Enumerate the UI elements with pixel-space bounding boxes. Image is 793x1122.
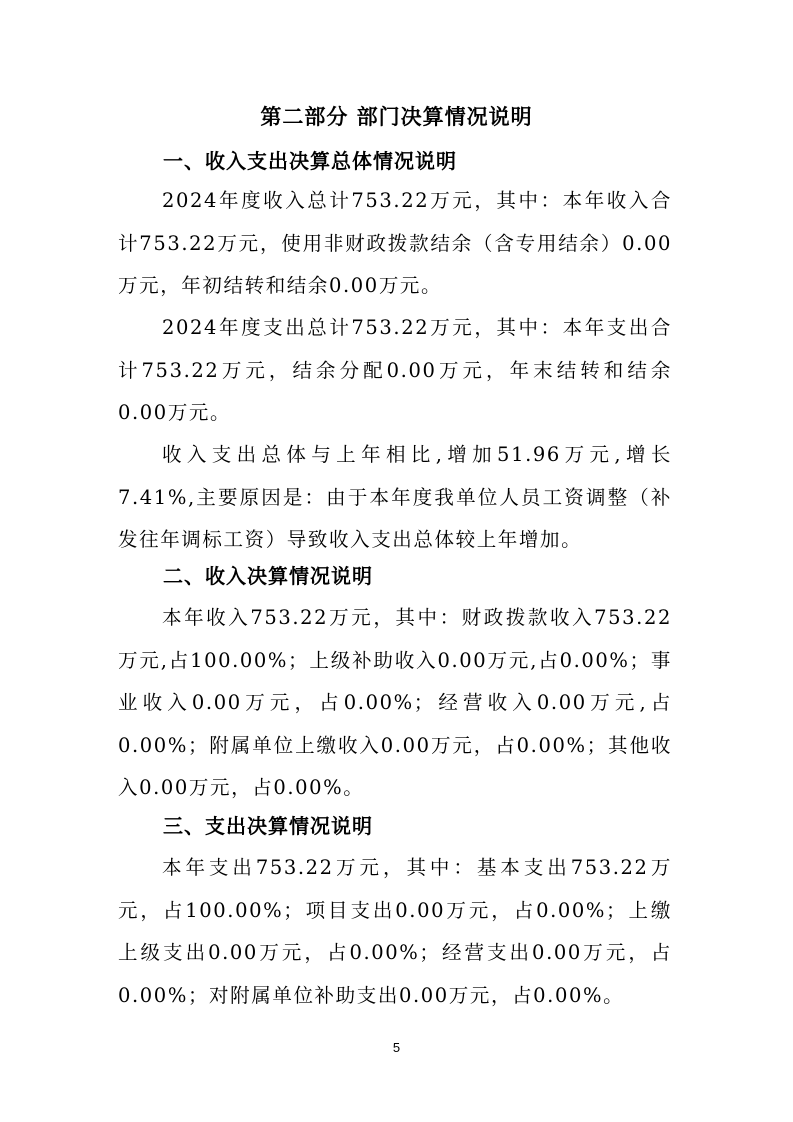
paragraph-expense-detail: 本年支出753.22万元，其中：基本支出753.22万元，占100.00%；项目… (118, 847, 672, 1017)
paragraph-income-detail: 本年收入753.22万元，其中：财政拨款收入753.22万元,占100.00%；… (118, 597, 672, 810)
page-number: 5 (0, 1040, 793, 1055)
section-heading-overall: 一、收入支出决算总体情况说明 (163, 147, 457, 175)
paragraph-yoy-comparison: 收入支出总体与上年相比,增加51.96万元,增长7.41%,主要原因是：由于本年… (118, 434, 672, 562)
document-page: 第二部分 部门决算情况说明 一、收入支出决算总体情况说明 2024年度收入总计7… (0, 0, 793, 1122)
paragraph-expense-total: 2024年度支出总计753.22万元，其中：本年支出合计753.22万元，结余分… (118, 307, 672, 435)
page-title: 第二部分 部门决算情况说明 (0, 103, 793, 131)
paragraph-income-total: 2024年度收入总计753.22万元，其中：本年收入合计753.22万元，使用非… (118, 180, 672, 308)
section-heading-expense: 三、支出决算情况说明 (163, 812, 373, 840)
section-heading-income: 二、收入决算情况说明 (163, 562, 373, 590)
